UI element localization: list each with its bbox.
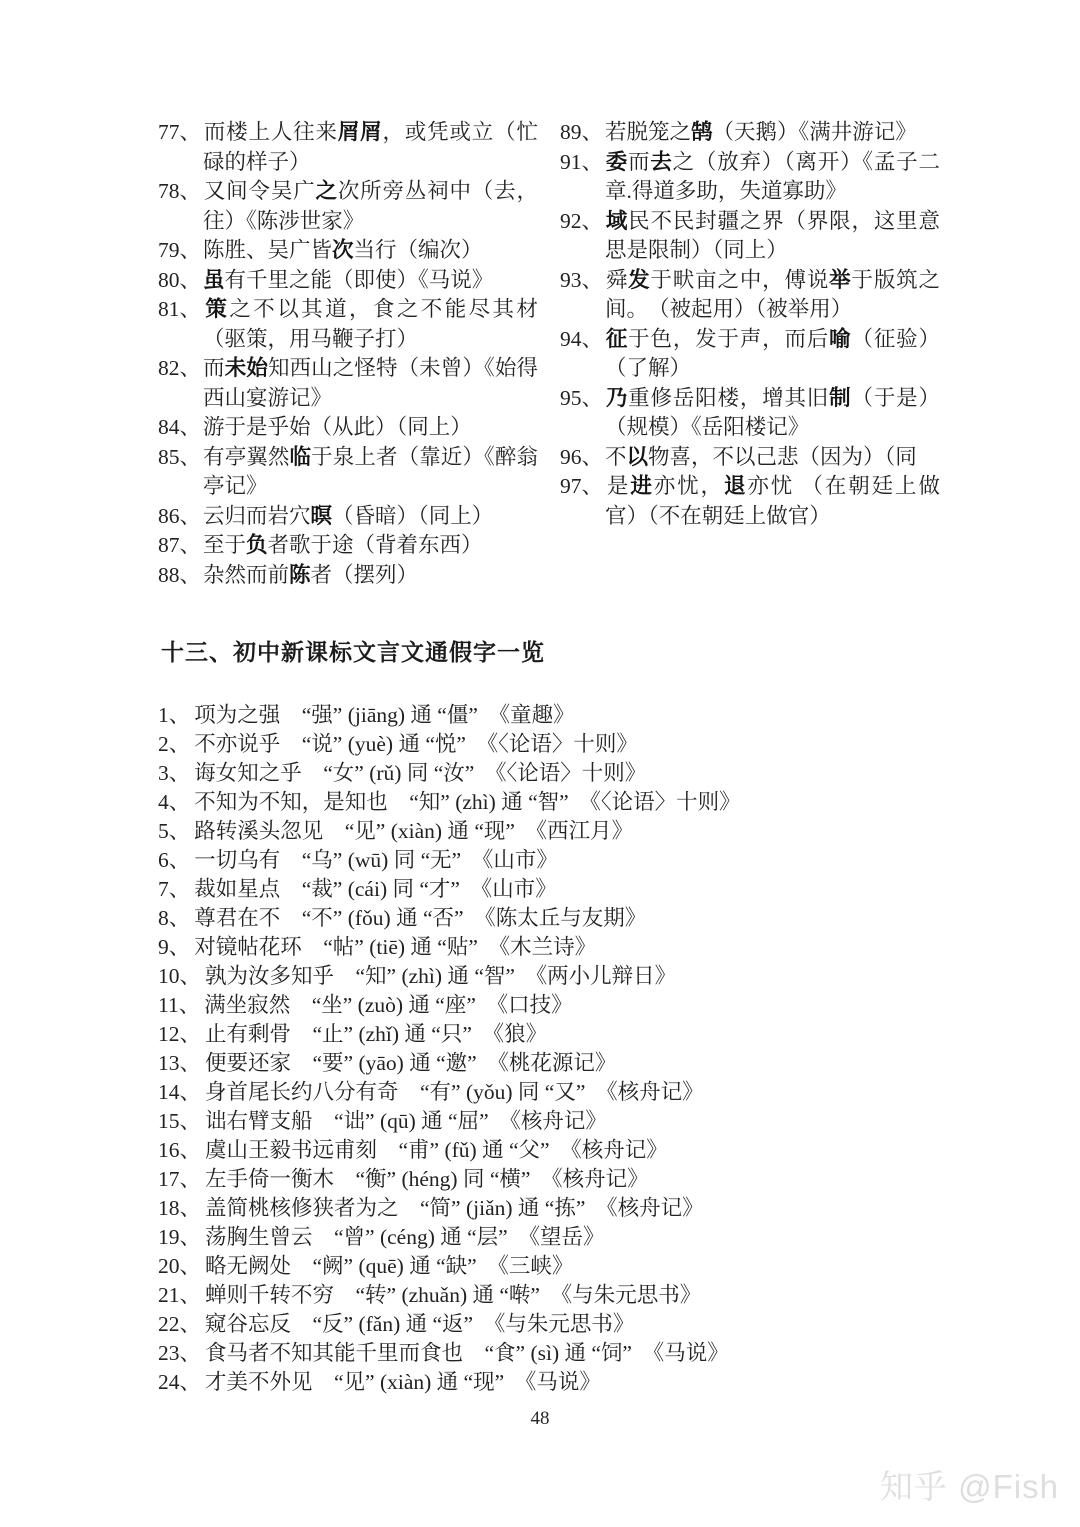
item-number: 78、 bbox=[158, 177, 203, 207]
item-text: 陈胜、吴广皆次当行（编次） bbox=[203, 238, 483, 262]
list-item: 89、若脱笼之鹄（天鹅）《满井游记》 bbox=[560, 118, 940, 148]
item-text: 征于色，发于声，而后喻（征验）（了解） bbox=[605, 327, 940, 381]
item-number: 88、 bbox=[158, 561, 203, 591]
list-item: 7、裁如星点 “裁” (cái) 同 “才” 《山市》 bbox=[158, 875, 988, 904]
item-text: 路转溪头忽见 “见” (xiàn) 通 “现” 《西江月》 bbox=[194, 819, 633, 843]
list-item: 19、荡胸生曾云 “曾” (céng) 通 “层” 《望岳》 bbox=[158, 1223, 988, 1252]
list-item: 17、左手倚一衡木 “衡” (héng) 同 “横” 《核舟记》 bbox=[158, 1165, 988, 1194]
item-number: 79、 bbox=[158, 236, 203, 266]
item-text: 虽有千里之能（即使）《马说》 bbox=[203, 268, 493, 292]
watermark: 知乎 @Fish bbox=[880, 1461, 1059, 1508]
item-number: 87、 bbox=[158, 531, 203, 561]
item-text: 策之不以其道，食之不能尽其材（驱策，用马鞭子打） bbox=[203, 297, 538, 351]
item-text: 若脱笼之鹄（天鹅）《满井游记》 bbox=[605, 120, 917, 144]
item-number: 96、 bbox=[560, 443, 605, 473]
item-text: 而楼上人往来屑屑，或凭或立（忙碌的样子） bbox=[203, 120, 538, 174]
list-item: 97、是进亦忧，退亦忧 （在朝廷上做官）（不在朝廷上做官） bbox=[560, 472, 940, 531]
list-item: 81、策之不以其道，食之不能尽其材（驱策，用马鞭子打） bbox=[158, 295, 538, 354]
item-text: 窥谷忘反 “反” (fǎn) 通 “返” 《与朱元思书》 bbox=[205, 1312, 634, 1336]
item-number: 18、 bbox=[158, 1196, 201, 1220]
item-text: 左手倚一衡木 “衡” (héng) 同 “横” 《核舟记》 bbox=[205, 1167, 649, 1191]
list-item: 93、舜发于畎亩之中，傅说举于版筑之间。 （被起用）（被举用） bbox=[560, 266, 940, 325]
item-text: 身首尾长约八分有奇 “有” (yǒu) 同 “又” 《核舟记》 bbox=[205, 1080, 704, 1104]
item-number: 77、 bbox=[158, 118, 203, 148]
list-item: 79、陈胜、吴广皆次当行（编次） bbox=[158, 236, 538, 266]
document-page: 77、而楼上人往来屑屑，或凭或立（忙碌的样子）78、又间令吴广之次所旁丛祠中（去… bbox=[0, 0, 1080, 1527]
list-item: 9、对镜帖花环 “帖” (tiē) 通 “贴” 《木兰诗》 bbox=[158, 933, 988, 962]
list-item: 18、盖简桃核修狭者为之 “简” (jiǎn) 通 “拣” 《核舟记》 bbox=[158, 1194, 988, 1223]
item-number: 86、 bbox=[158, 502, 203, 532]
item-number: 13、 bbox=[158, 1051, 201, 1075]
list-item: 84、游于是乎始（从此）（同上） bbox=[158, 413, 538, 443]
item-number: 81、 bbox=[158, 295, 203, 325]
list-item: 78、又间令吴广之次所旁丛祠中（去，往）《陈涉世家》 bbox=[158, 177, 538, 236]
item-number: 17、 bbox=[158, 1167, 201, 1191]
item-number: 9、 bbox=[158, 935, 190, 959]
list-item: 13、便要还家 “要” (yāo) 通 “邀” 《桃花源记》 bbox=[158, 1049, 988, 1078]
item-number: 91、 bbox=[560, 148, 605, 178]
item-number: 23、 bbox=[158, 1341, 201, 1365]
item-text: 对镜帖花环 “帖” (tiē) 通 “贴” 《木兰诗》 bbox=[194, 935, 596, 959]
item-text: 孰为汝多知乎 “知” (zhì) 通 “智” 《两小儿辩日》 bbox=[205, 964, 676, 988]
list-item: 12、止有剩骨 “止” (zhǐ) 通 “只” 《狼》 bbox=[158, 1020, 988, 1049]
list-item: 1、项为之强 “强” (jiāng) 通 “僵” 《童趣》 bbox=[158, 701, 988, 730]
item-text: 项为之强 “强” (jiāng) 通 “僵” 《童趣》 bbox=[194, 703, 574, 727]
item-number: 24、 bbox=[158, 1370, 201, 1394]
list-item: 85、有亭翼然临于泉上者（靠近）《醉翁亭记》 bbox=[158, 443, 538, 502]
item-text: 又间令吴广之次所旁丛祠中（去，往）《陈涉世家》 bbox=[203, 179, 538, 233]
item-text: 舜发于畎亩之中，傅说举于版筑之间。 （被起用）（被举用） bbox=[605, 268, 940, 322]
item-number: 5、 bbox=[158, 819, 190, 843]
list-item: 94、征于色，发于声，而后喻（征验）（了解） bbox=[560, 325, 940, 384]
list-item: 2、不亦说乎 “说” (yuè) 通 “悦” 《〈论语〉十则》 bbox=[158, 730, 988, 759]
list-item: 14、身首尾长约八分有奇 “有” (yǒu) 同 “又” 《核舟记》 bbox=[158, 1078, 988, 1107]
item-text: 止有剩骨 “止” (zhǐ) 通 “只” 《狼》 bbox=[205, 1022, 547, 1046]
list-item: 23、食马者不知其能千里而食也 “食” (sì) 通 “饲” 《马说》 bbox=[158, 1339, 988, 1368]
item-number: 6、 bbox=[158, 848, 190, 872]
item-number: 12、 bbox=[158, 1022, 201, 1046]
list-item: 11、满坐寂然 “坐” (zuò) 通 “座” 《口技》 bbox=[158, 991, 988, 1020]
item-text: 便要还家 “要” (yāo) 通 “邀” 《桃花源记》 bbox=[205, 1051, 616, 1075]
item-text: 是进亦忧，退亦忧 （在朝廷上做官）（不在朝廷上做官） bbox=[605, 474, 940, 528]
list-item: 80、虽有千里之能（即使）《马说》 bbox=[158, 266, 538, 296]
item-number: 89、 bbox=[560, 118, 605, 148]
list-item: 5、路转溪头忽见 “见” (xiàn) 通 “现” 《西江月》 bbox=[158, 817, 988, 846]
item-number: 15、 bbox=[158, 1109, 201, 1133]
item-text: 荡胸生曾云 “曾” (céng) 通 “层” 《望岳》 bbox=[205, 1225, 604, 1249]
list-item: 24、才美不外见 “见” (xiàn) 通 “现” 《马说》 bbox=[158, 1368, 988, 1397]
item-number: 16、 bbox=[158, 1138, 201, 1162]
list-item: 16、虞山王毅书远甫刻 “甫” (fǔ) 通 “父” 《核舟记》 bbox=[158, 1136, 988, 1165]
item-number: 4、 bbox=[158, 790, 190, 814]
list-item: 4、不知为不知，是知也 “知” (zhì) 通 “智” 《〈论语〉十则》 bbox=[158, 788, 988, 817]
item-text: 不知为不知，是知也 “知” (zhì) 通 “智” 《〈论语〉十则》 bbox=[194, 790, 740, 814]
item-number: 1、 bbox=[158, 703, 190, 727]
list-item: 21、蝉则千转不穷 “转” (zhuǎn) 通 “啭” 《与朱元思书》 bbox=[158, 1281, 988, 1310]
list-item: 8、尊君在不 “不” (fǒu) 通 “否” 《陈太丘与友期》 bbox=[158, 904, 988, 933]
item-number: 95、 bbox=[560, 384, 605, 414]
column-right: 89、若脱笼之鹄（天鹅）《满井游记》91、委而去之（放弃）（离开）《孟子二章.得… bbox=[560, 118, 940, 590]
item-text: 盖简桃核修狭者为之 “简” (jiǎn) 通 “拣” 《核舟记》 bbox=[205, 1196, 704, 1220]
item-number: 3、 bbox=[158, 761, 190, 785]
item-text: 委而去之（放弃）（离开）《孟子二章.得道多助，失道寡助》 bbox=[605, 150, 940, 204]
list-item: 95、乃重修岳阳楼，增其旧制（于是）（规模）《岳阳楼记》 bbox=[560, 384, 940, 443]
item-number: 20、 bbox=[158, 1254, 201, 1278]
list-item: 91、委而去之（放弃）（离开）《孟子二章.得道多助，失道寡助》 bbox=[560, 148, 940, 207]
list-item: 77、而楼上人往来屑屑，或凭或立（忙碌的样子） bbox=[158, 118, 538, 177]
item-text: 食马者不知其能千里而食也 “食” (sì) 通 “饲” 《马说》 bbox=[205, 1341, 729, 1365]
item-text: 杂然而前陈者（摆列） bbox=[203, 563, 418, 587]
item-text: 不以物喜，不以己悲（因为）（同 bbox=[605, 445, 917, 469]
item-number: 84、 bbox=[158, 413, 203, 443]
page-number: 48 bbox=[0, 1408, 1080, 1430]
list-item: 87、至于负者歌于途（背着东西） bbox=[158, 531, 538, 561]
item-text: 诲女知之乎 “女” (rǔ) 同 “汝” 《〈论语〉十则》 bbox=[194, 761, 646, 785]
list-item: 82、而未始知西山之怪特（未曾）《始得西山宴游记》 bbox=[158, 354, 538, 413]
item-text: 云归而岩穴暝（昏暗）（同上） bbox=[203, 504, 493, 528]
list-item: 86、云归而岩穴暝（昏暗）（同上） bbox=[158, 502, 538, 532]
item-number: 10、 bbox=[158, 964, 201, 988]
item-number: 21、 bbox=[158, 1283, 201, 1307]
list-item: 20、略无阙处 “阙” (quē) 通 “缺” 《三峡》 bbox=[158, 1252, 988, 1281]
item-number: 8、 bbox=[158, 906, 190, 930]
item-number: 80、 bbox=[158, 266, 203, 296]
item-text: 而未始知西山之怪特（未曾）《始得西山宴游记》 bbox=[203, 356, 538, 410]
list-item: 92、域民不民封疆之界（界限，这里意思是限制）（同上） bbox=[560, 207, 940, 266]
item-number: 92、 bbox=[560, 207, 605, 237]
list-item: 15、诎右臂支船 “诎” (qū) 通 “屈” 《核舟记》 bbox=[158, 1107, 988, 1136]
list-item: 22、窥谷忘反 “反” (fǎn) 通 “返” 《与朱元思书》 bbox=[158, 1310, 988, 1339]
item-text: 有亭翼然临于泉上者（靠近）《醉翁亭记》 bbox=[203, 445, 538, 499]
item-number: 85、 bbox=[158, 443, 203, 473]
item-number: 82、 bbox=[158, 354, 203, 384]
item-number: 94、 bbox=[560, 325, 605, 355]
top-two-column-section: 77、而楼上人往来屑屑，或凭或立（忙碌的样子）78、又间令吴广之次所旁丛祠中（去… bbox=[158, 118, 940, 590]
tongjiazi-list: 1、项为之强 “强” (jiāng) 通 “僵” 《童趣》2、不亦说乎 “说” … bbox=[158, 701, 988, 1397]
item-text: 裁如星点 “裁” (cái) 同 “才” 《山市》 bbox=[194, 877, 556, 901]
item-text: 虞山王毅书远甫刻 “甫” (fǔ) 通 “父” 《核舟记》 bbox=[205, 1138, 668, 1162]
list-item: 88、杂然而前陈者（摆列） bbox=[158, 561, 538, 591]
item-text: 域民不民封疆之界（界限，这里意思是限制）（同上） bbox=[605, 209, 940, 263]
item-number: 2、 bbox=[158, 732, 190, 756]
section-heading: 十三、初中新课标文言文通假字一览 bbox=[161, 634, 545, 667]
list-item: 96、不以物喜，不以己悲（因为）（同 bbox=[560, 443, 940, 473]
item-number: 97、 bbox=[560, 472, 605, 502]
list-item: 10、孰为汝多知乎 “知” (zhì) 通 “智” 《两小儿辩日》 bbox=[158, 962, 988, 991]
item-number: 7、 bbox=[158, 877, 190, 901]
item-text: 不亦说乎 “说” (yuè) 通 “悦” 《〈论语〉十则》 bbox=[194, 732, 638, 756]
item-text: 蝉则千转不穷 “转” (zhuǎn) 通 “啭” 《与朱元思书》 bbox=[205, 1283, 701, 1307]
item-text: 乃重修岳阳楼，增其旧制（于是）（规模）《岳阳楼记》 bbox=[605, 386, 940, 440]
item-text: 至于负者歌于途（背着东西） bbox=[203, 533, 483, 557]
item-text: 诎右臂支船 “诎” (qū) 通 “屈” 《核舟记》 bbox=[205, 1109, 607, 1133]
item-number: 19、 bbox=[158, 1225, 201, 1249]
column-left: 77、而楼上人往来屑屑，或凭或立（忙碌的样子）78、又间令吴广之次所旁丛祠中（去… bbox=[158, 118, 538, 590]
item-text: 游于是乎始（从此）（同上） bbox=[203, 415, 472, 439]
item-text: 一切乌有 “乌” (wū) 同 “无” 《山市》 bbox=[194, 848, 558, 872]
item-text: 尊君在不 “不” (fǒu) 通 “否” 《陈太丘与友期》 bbox=[194, 906, 646, 930]
list-item: 6、一切乌有 “乌” (wū) 同 “无” 《山市》 bbox=[158, 846, 988, 875]
item-number: 93、 bbox=[560, 266, 605, 296]
item-text: 满坐寂然 “坐” (zuò) 通 “座” 《口技》 bbox=[204, 993, 572, 1017]
item-text: 略无阙处 “阙” (quē) 通 “缺” 《三峡》 bbox=[205, 1254, 573, 1278]
item-number: 14、 bbox=[158, 1080, 201, 1104]
list-item: 3、诲女知之乎 “女” (rǔ) 同 “汝” 《〈论语〉十则》 bbox=[158, 759, 988, 788]
item-text: 才美不外见 “见” (xiàn) 通 “现” 《马说》 bbox=[205, 1370, 601, 1394]
item-number: 22、 bbox=[158, 1312, 201, 1336]
item-number: 11、 bbox=[158, 993, 200, 1017]
